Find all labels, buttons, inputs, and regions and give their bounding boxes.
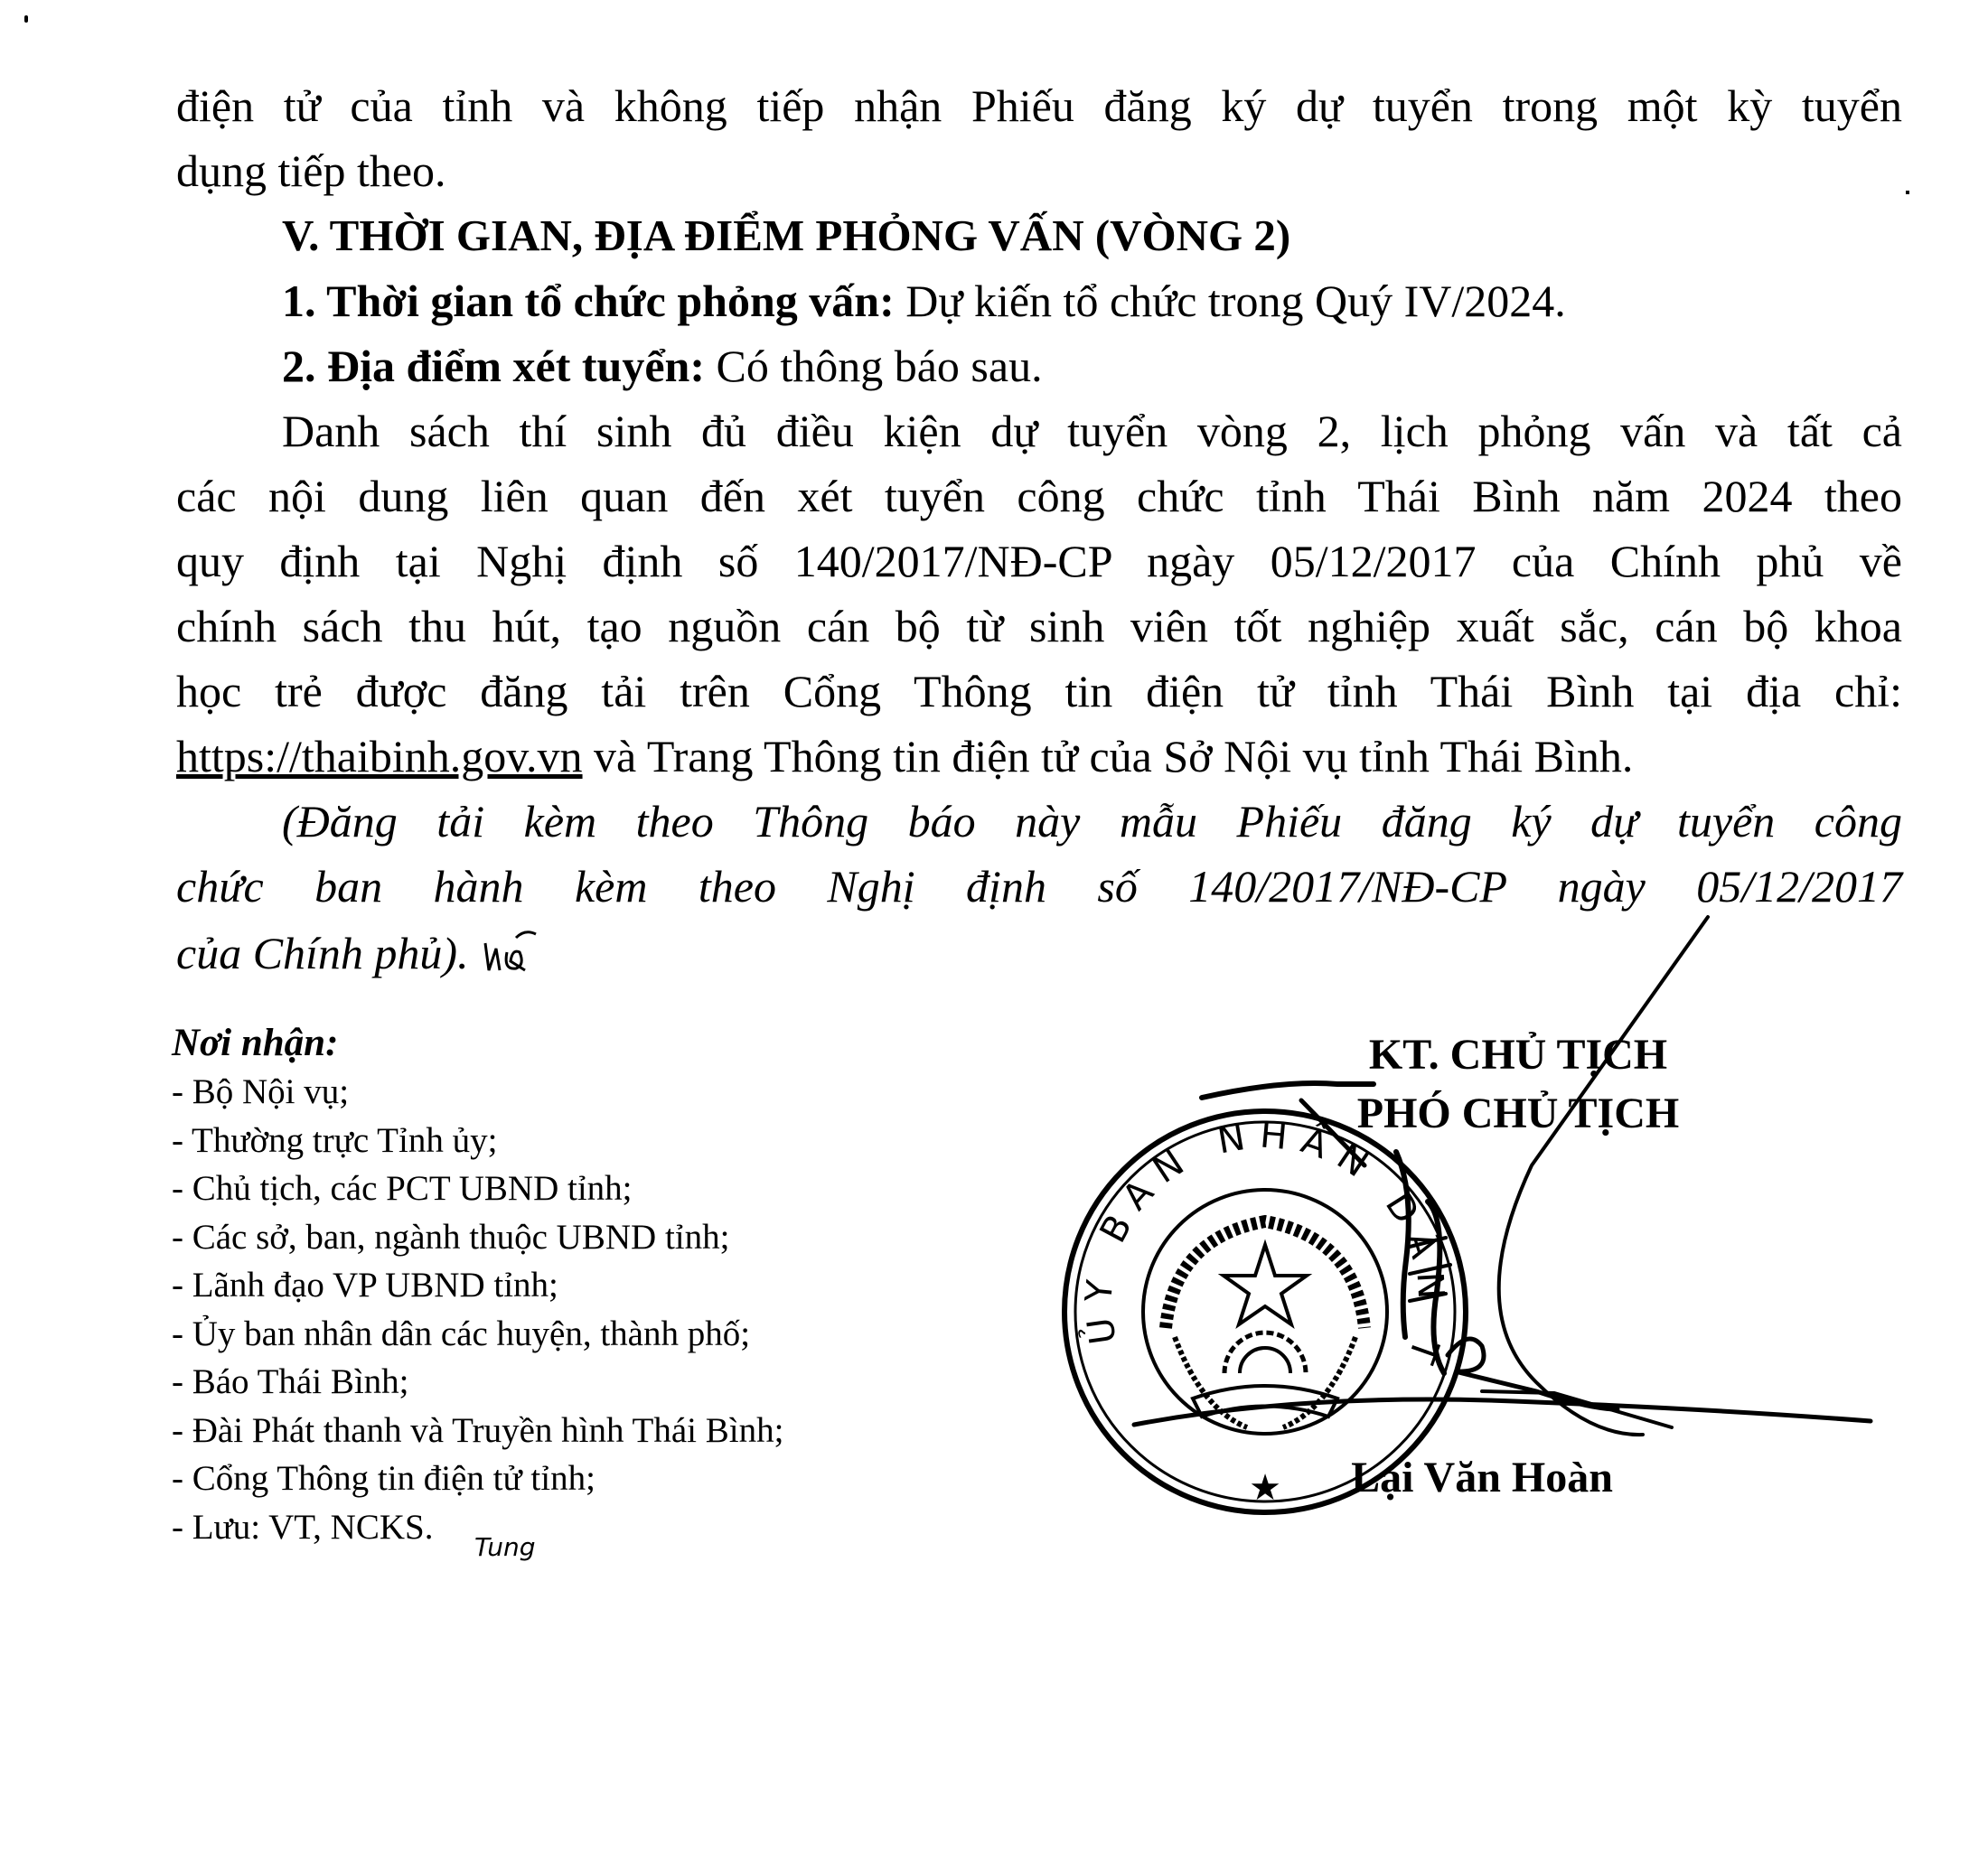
svg-text:ỦY BAN NHÂN DÂN TỈNH: ỦY BAN NHÂN DÂN TỈNH [0,0,1452,1380]
svg-text:★: ★ [1249,1467,1281,1509]
seal-text-top: ỦY BAN NHÂN DÂN TỈNH [0,0,1452,1380]
seal-and-signature: ỦY BAN NHÂN DÂN TỈNH ★ [0,0,1988,1852]
document-page: điện tử của tỉnh và không tiếp nhận Phiế… [0,0,1988,1852]
official-seal-icon: ỦY BAN NHÂN DÂN TỈNH ★ [0,0,1466,1512]
